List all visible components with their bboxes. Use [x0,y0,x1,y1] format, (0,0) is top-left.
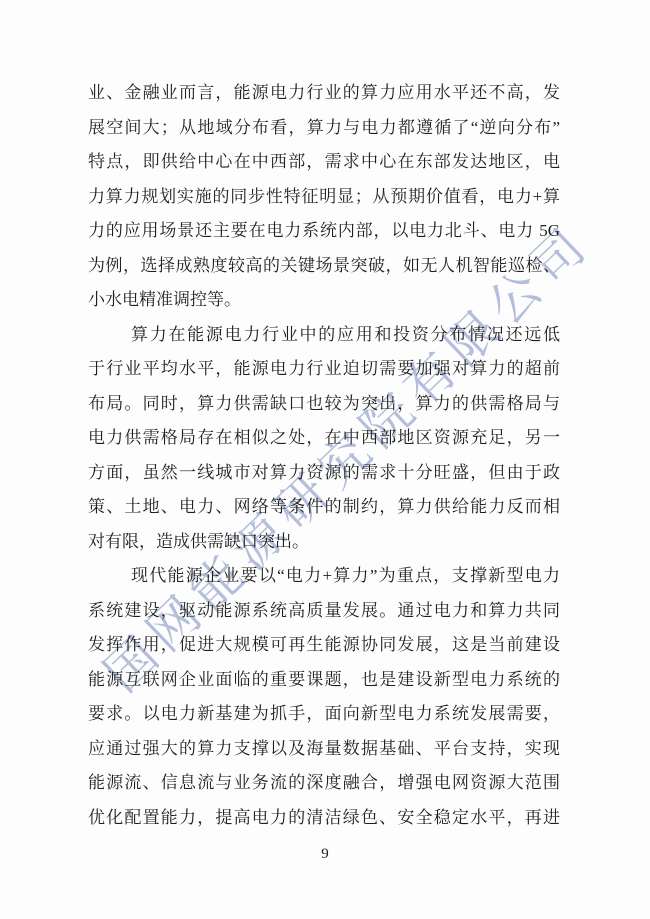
text-line: 业、金融业而言，能源电力行业的算力应用水平还不高，发 [88,76,560,111]
text-line: 为例，选择成熟度较高的关键场景突破，如无人机智能巡检、 [88,249,560,284]
text-line: 算力在能源电力行业中的应用和投资分布情况还远低 [88,318,560,353]
document-page: 国网能源研究院有限公司 业、金融业而言，能源电力行业的算力应用水平还不高，发展空… [0,0,650,919]
text-line: 优化配置能力，提高电力的清洁绿色、安全稳定水平，再进 [88,801,560,836]
text-line: 布局。同时，算力供需缺口也较为突出，算力的供需格局与 [88,387,560,422]
page-number: 9 [0,846,650,863]
body-text: 业、金融业而言，能源电力行业的算力应用水平还不高，发展空间大；从地域分布看，算力… [88,76,560,835]
text-line: 于行业平均水平，能源电力行业迫切需要加强对算力的超前 [88,352,560,387]
text-line: 系统建设，驱动能源系统高质量发展。通过电力和算力共同 [88,594,560,629]
text-line: 方面，虽然一线城市对算力资源的需求十分旺盛，但由于政 [88,456,560,491]
text-line: 电力供需格局存在相似之处，在中西部地区资源充足，另一 [88,421,560,456]
text-line: 发挥作用，促进大规模可再生能源协同发展，这是当前建设 [88,628,560,663]
text-line: 小水电精准调控等。 [88,283,560,318]
text-line: 能源流、信息流与业务流的深度融合，增强电网资源大范围 [88,766,560,801]
text-line: 策、土地、电力、网络等条件的制约，算力供给能力反而相 [88,490,560,525]
text-line: 特点，即供给中心在中西部，需求中心在东部发达地区，电 [88,145,560,180]
text-line: 对有限，造成供需缺口突出。 [88,525,560,560]
text-line: 要求。以电力新基建为抓手，面向新型电力系统发展需要， [88,697,560,732]
text-line: 应通过强大的算力支撑以及海量数据基础、平台支持，实现 [88,732,560,767]
text-line: 力算力规划实施的同步性特征明显；从预期价值看，电力+算 [88,180,560,215]
text-line: 展空间大；从地域分布看，算力与电力都遵循了“逆向分布” [88,111,560,146]
text-line: 力的应用场景还主要在电力系统内部，以电力北斗、电力 5G [88,214,560,249]
text-line: 现代能源企业要以“电力+算力”为重点，支撑新型电力 [88,559,560,594]
text-line: 能源互联网企业面临的重要课题，也是建设新型电力系统的 [88,663,560,698]
